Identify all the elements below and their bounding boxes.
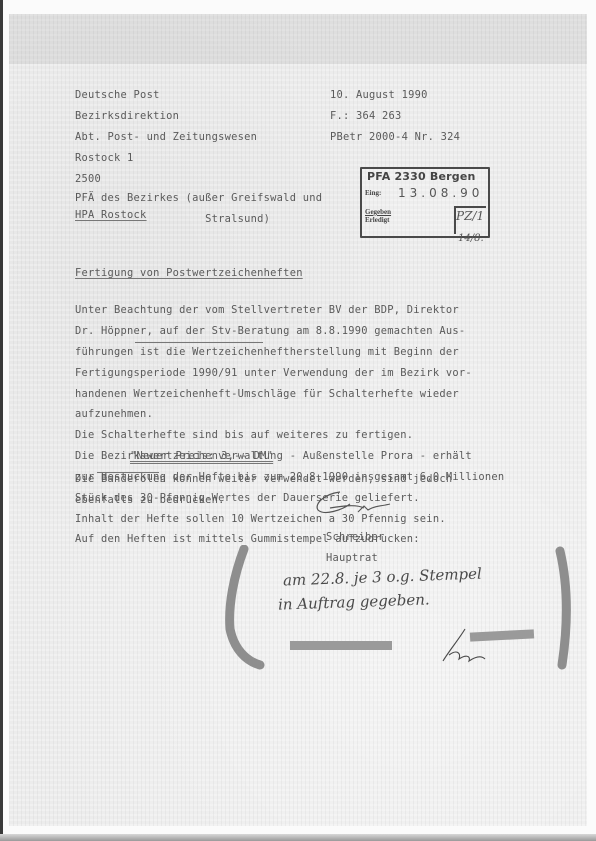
signature-scribble [312,488,412,524]
stamp-erledigt-label: Erledigt [365,216,390,224]
body-line: Dr. Höppner, auf der Stv-Beratung am 8.8… [75,326,504,336]
redaction-bar [290,641,392,650]
left-bracket-mark [220,545,280,675]
sender-line: Rostock 1 [75,153,257,163]
price-stamp-text: "Neuer Preis: 3,-- DM" [130,451,273,461]
sender-line: Abt. Post- und Zeitungswesen [75,132,257,142]
signer-name: Schreiber [326,532,385,542]
stamp-date: 13.08.90 [398,186,483,200]
recipient-hpa: HPA Rostock [75,210,147,220]
right-bracket-mark [548,545,588,675]
body-line: Die Schalterhefte sind bis auf weiteres … [75,430,504,440]
signature-block: Schreiber Hauptrat [326,522,385,574]
handwritten-initials [435,625,505,670]
banderolen-underline [97,472,159,473]
signer-title: Hauptrat [326,553,385,563]
letter-date: 10. August 1990 [330,90,460,100]
reference-number: PBetr 2000-4 Nr. 324 [330,132,460,142]
body-line: Auf den Heften ist mittels Gummistempel … [75,534,504,544]
stamp-handwritten-mark: PZ/1 [456,209,484,223]
scan-top-shading [9,14,587,64]
stamp-handwritten-date: 14/8. [458,233,484,244]
sender-address: Deutsche Post Bezirksdirektion Abt. Post… [75,80,257,194]
phone-number: F.: 364 263 [330,111,460,121]
scan-bottom-edge [0,834,596,841]
body-line: führungen ist die Wertzeichenheftherstel… [75,347,504,357]
stamp-office: PFA 2330 Bergen [367,170,476,183]
scan-left-edge [0,0,3,841]
body-line: handenen Wertzeichenheft-Umschläge für S… [75,389,504,399]
received-stamp: PFA 2330 Bergen Eing: 13.08.90 Gegeben E… [360,167,490,238]
letter-body: Unter Beachtung der vom Stellvertreter B… [75,295,504,555]
stamp-eing-label: Eing: [365,189,381,197]
price-stamp-value: "Neuer Preis: 3,-- DM" [130,450,273,462]
body-line: Fertigungsperiode 1990/91 unter Verwendu… [75,368,504,378]
recipient-line: PFÄ des Bezirkes (außer Greifswald und [75,193,322,203]
body-line: Unter Beachtung der vom Stellvertreter B… [75,305,504,315]
sender-line: Deutsche Post [75,90,257,100]
body-line: aufzunehmen. [75,409,504,419]
subject-line: Fertigung von Postwertzeichenheften [75,268,303,278]
emphasis-underline [135,342,263,343]
letter-meta: 10. August 1990 F.: 364 263 PBetr 2000-4… [330,80,460,153]
sender-line: Bezirksdirektion [75,111,257,121]
stamp-gegeben-label: Gegeben [365,208,391,216]
closing-line: Die Banderolen können weiter verwendet w… [75,474,452,484]
